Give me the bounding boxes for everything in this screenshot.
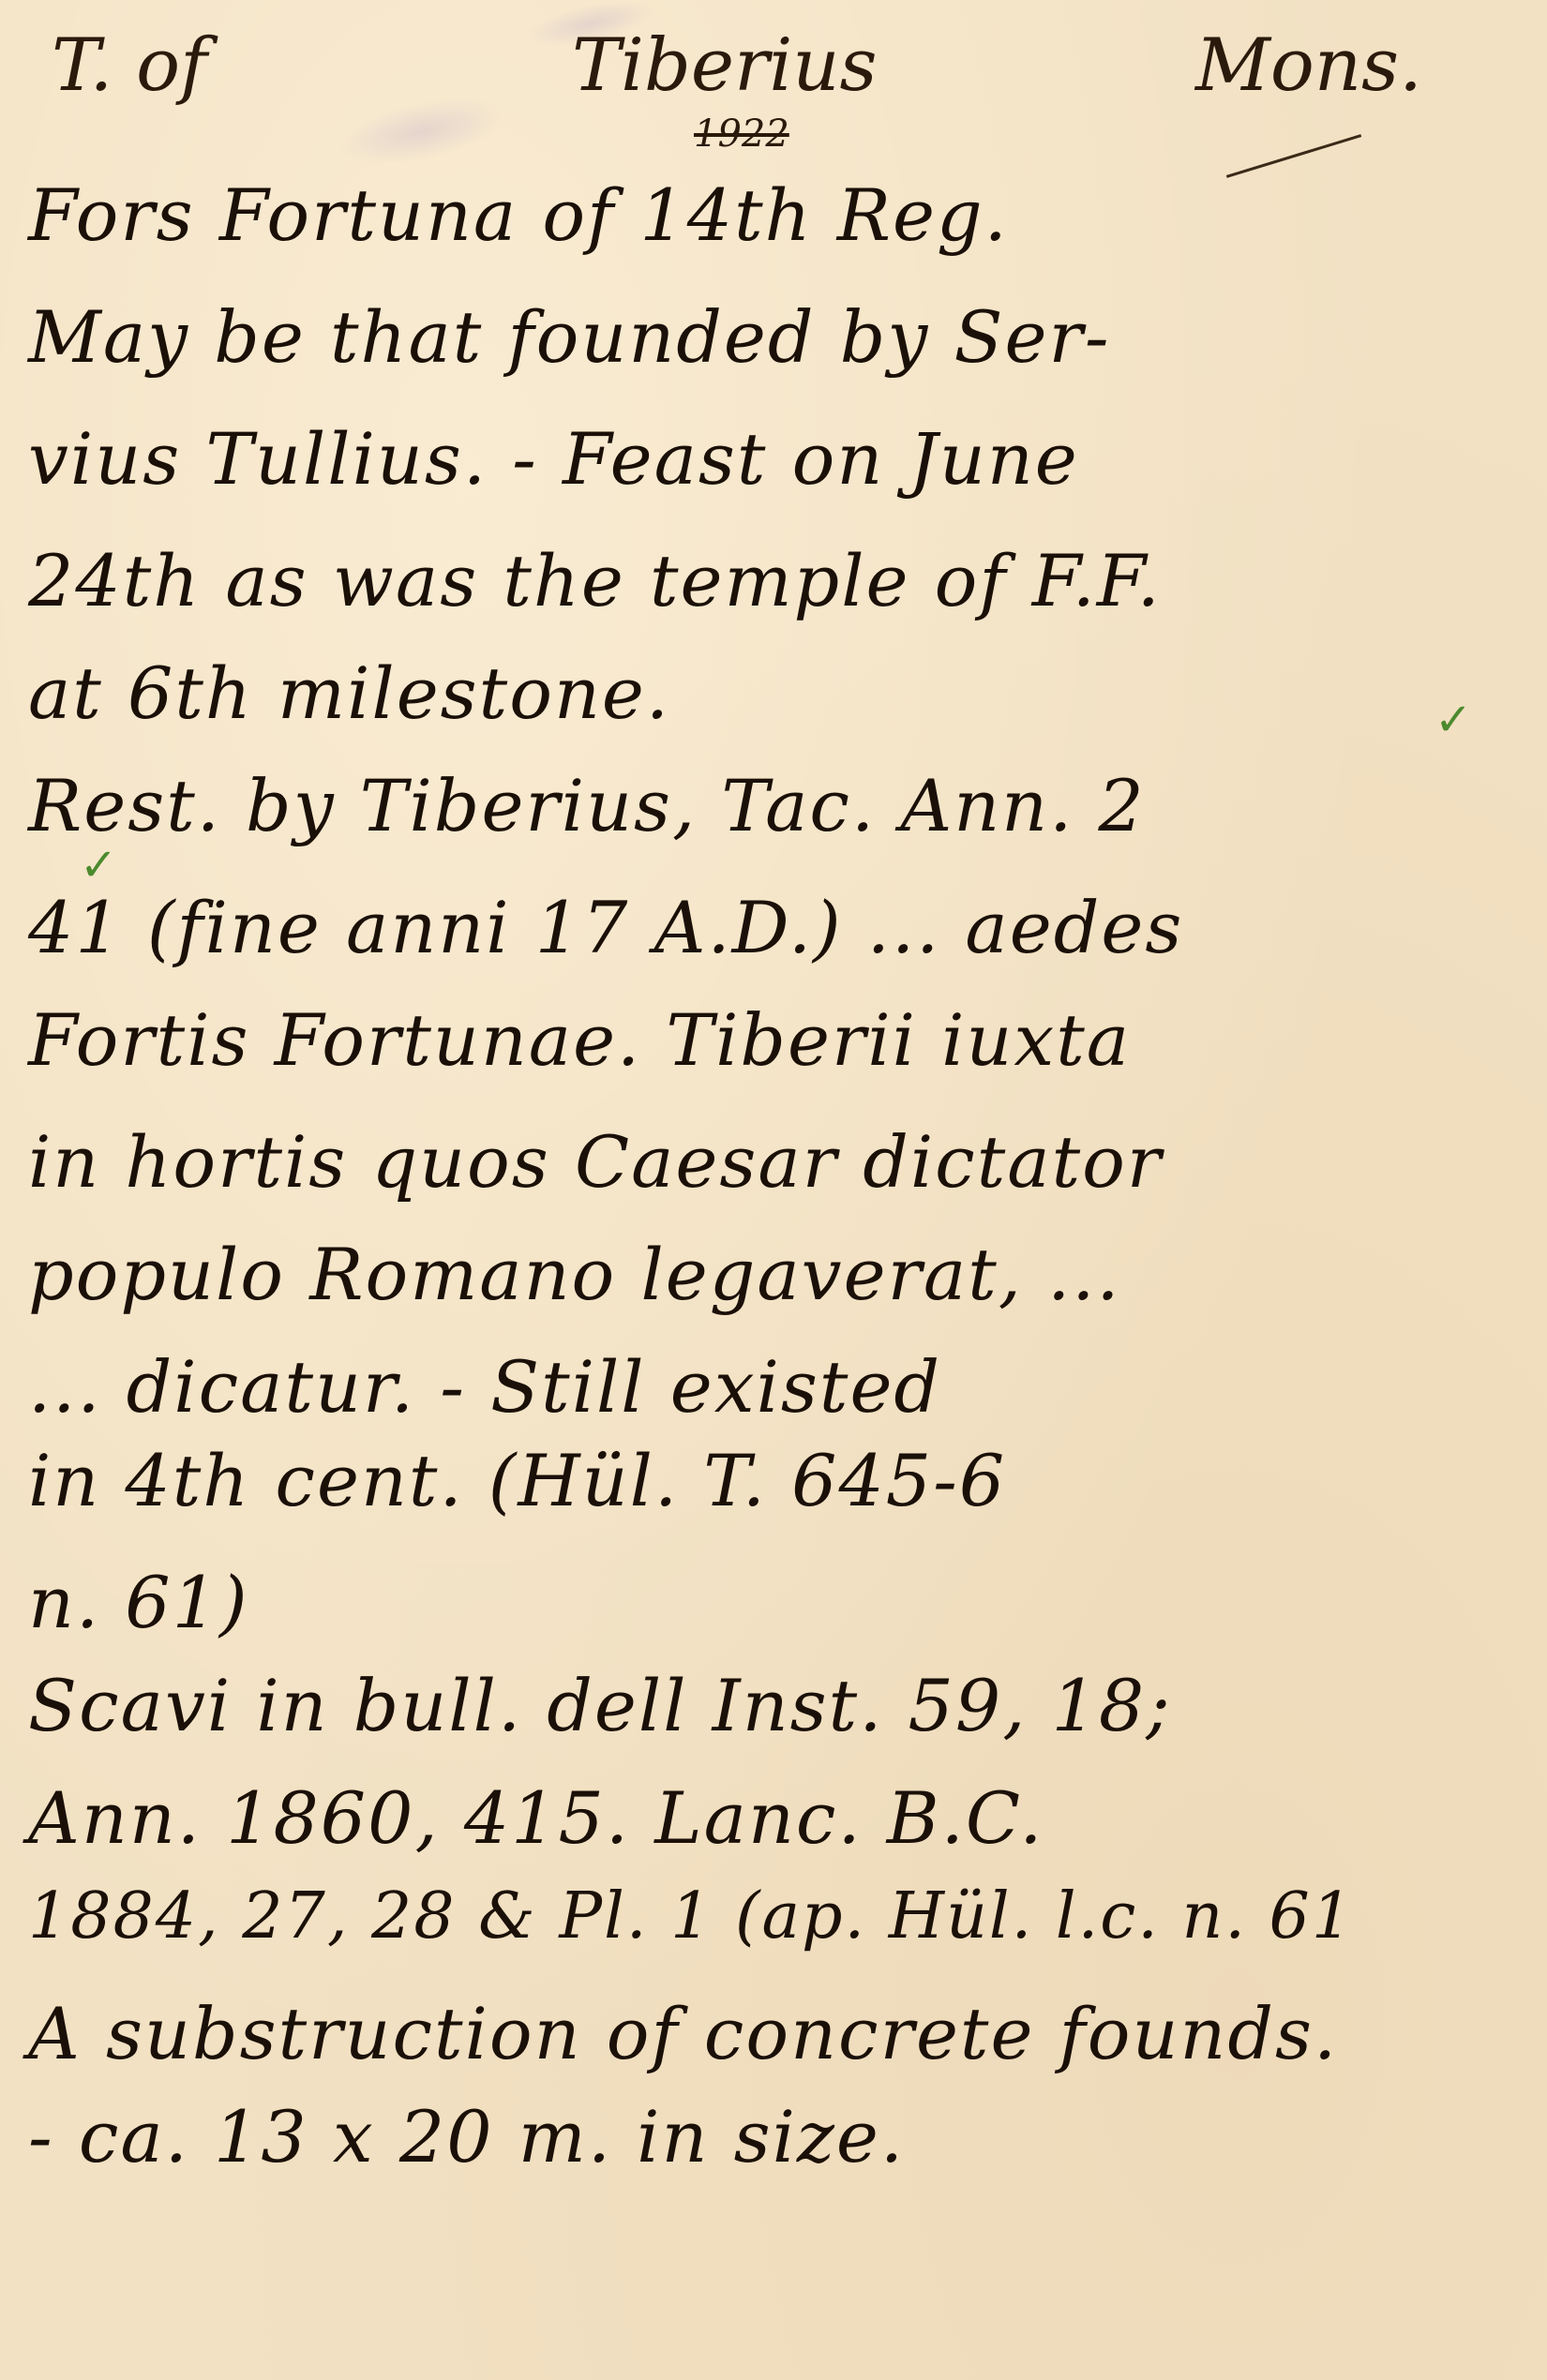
header-underline xyxy=(1226,134,1361,178)
card-header-left: T. of xyxy=(52,23,207,108)
text-line: Rest. by Tiberius, Tac. Ann. 2 xyxy=(28,764,1146,847)
text-line: Fortis Fortunae. Tiberii iuxta xyxy=(28,998,1131,1082)
card-header-year: 1922 xyxy=(694,112,789,156)
text-line: A substruction of concrete founds. xyxy=(28,1992,1338,2075)
text-line: 41 (fine anni 17 A.D.) ... aedes xyxy=(28,886,1183,969)
stamp-smudge xyxy=(334,86,511,176)
text-line: Scavi in bull. dell Inst. 59, 18; xyxy=(28,1664,1172,1747)
text-line: at 6th milestone. xyxy=(28,651,670,735)
text-line: n. 61) xyxy=(28,1561,249,1644)
index-card: T. of Tiberius 1922 Mons. Fors Fortuna o… xyxy=(0,0,1547,2380)
text-line: 24th as was the temple of F.F. xyxy=(28,539,1162,622)
text-line: Fors Fortuna of 14th Reg. xyxy=(28,173,1009,257)
text-line: 1884, 27, 28 & Pl. 1 (ap. Hül. l.c. n. 6… xyxy=(28,1879,1354,1953)
text-line: in hortis quos Caesar dictator xyxy=(28,1120,1163,1204)
text-line: - ca. 13 x 20 m. in size. xyxy=(28,2095,905,2178)
text-line: Ann. 1860, 415. Lanc. B.C. xyxy=(28,1776,1044,1860)
text-line: populo Romano legaverat, ... xyxy=(28,1233,1121,1316)
check-mark-icon: ✓ xyxy=(1434,694,1472,746)
text-line: vius Tullius. - Feast on June xyxy=(28,417,1079,501)
card-header-title: Tiberius xyxy=(572,23,878,108)
text-line: in 4th cent. (Hül. T. 645-6 xyxy=(28,1439,1006,1522)
text-line: May be that founded by Ser- xyxy=(28,295,1111,379)
card-header-right: Mons. xyxy=(1195,23,1422,108)
text-line: ... dicatur. - Still existed xyxy=(28,1345,941,1429)
check-mark-icon: ✓ xyxy=(80,839,117,891)
